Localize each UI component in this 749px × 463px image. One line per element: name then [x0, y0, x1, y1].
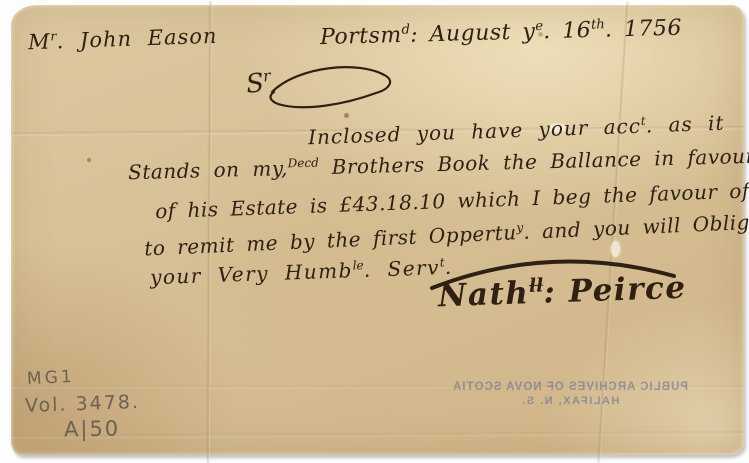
archive-pencil-note-collection: MG1	[27, 367, 76, 389]
archive-pencil-note-item: A|50	[64, 417, 121, 442]
scanned-letter-page: Mr. John Eason Portsmd: August ye. 16th.…	[0, 0, 749, 463]
archive-stamp-line-1: PUBLIC ARCHIVES OF NOVA SCOTIA	[436, 381, 704, 393]
archive-stamp-mirrored: PUBLIC ARCHIVES OF NOVA SCOTIA HALIFAX, …	[436, 381, 704, 407]
salutation-flourish	[268, 62, 402, 120]
paper-stain	[87, 158, 91, 162]
horizontal-fold-bottom-edge	[11, 431, 744, 439]
vertical-fold-left	[206, 1, 212, 463]
archive-stamp-line-2: HALIFAX, N. S.	[436, 395, 704, 407]
archive-pencil-note-volume: Vol. 3478.	[25, 391, 141, 417]
